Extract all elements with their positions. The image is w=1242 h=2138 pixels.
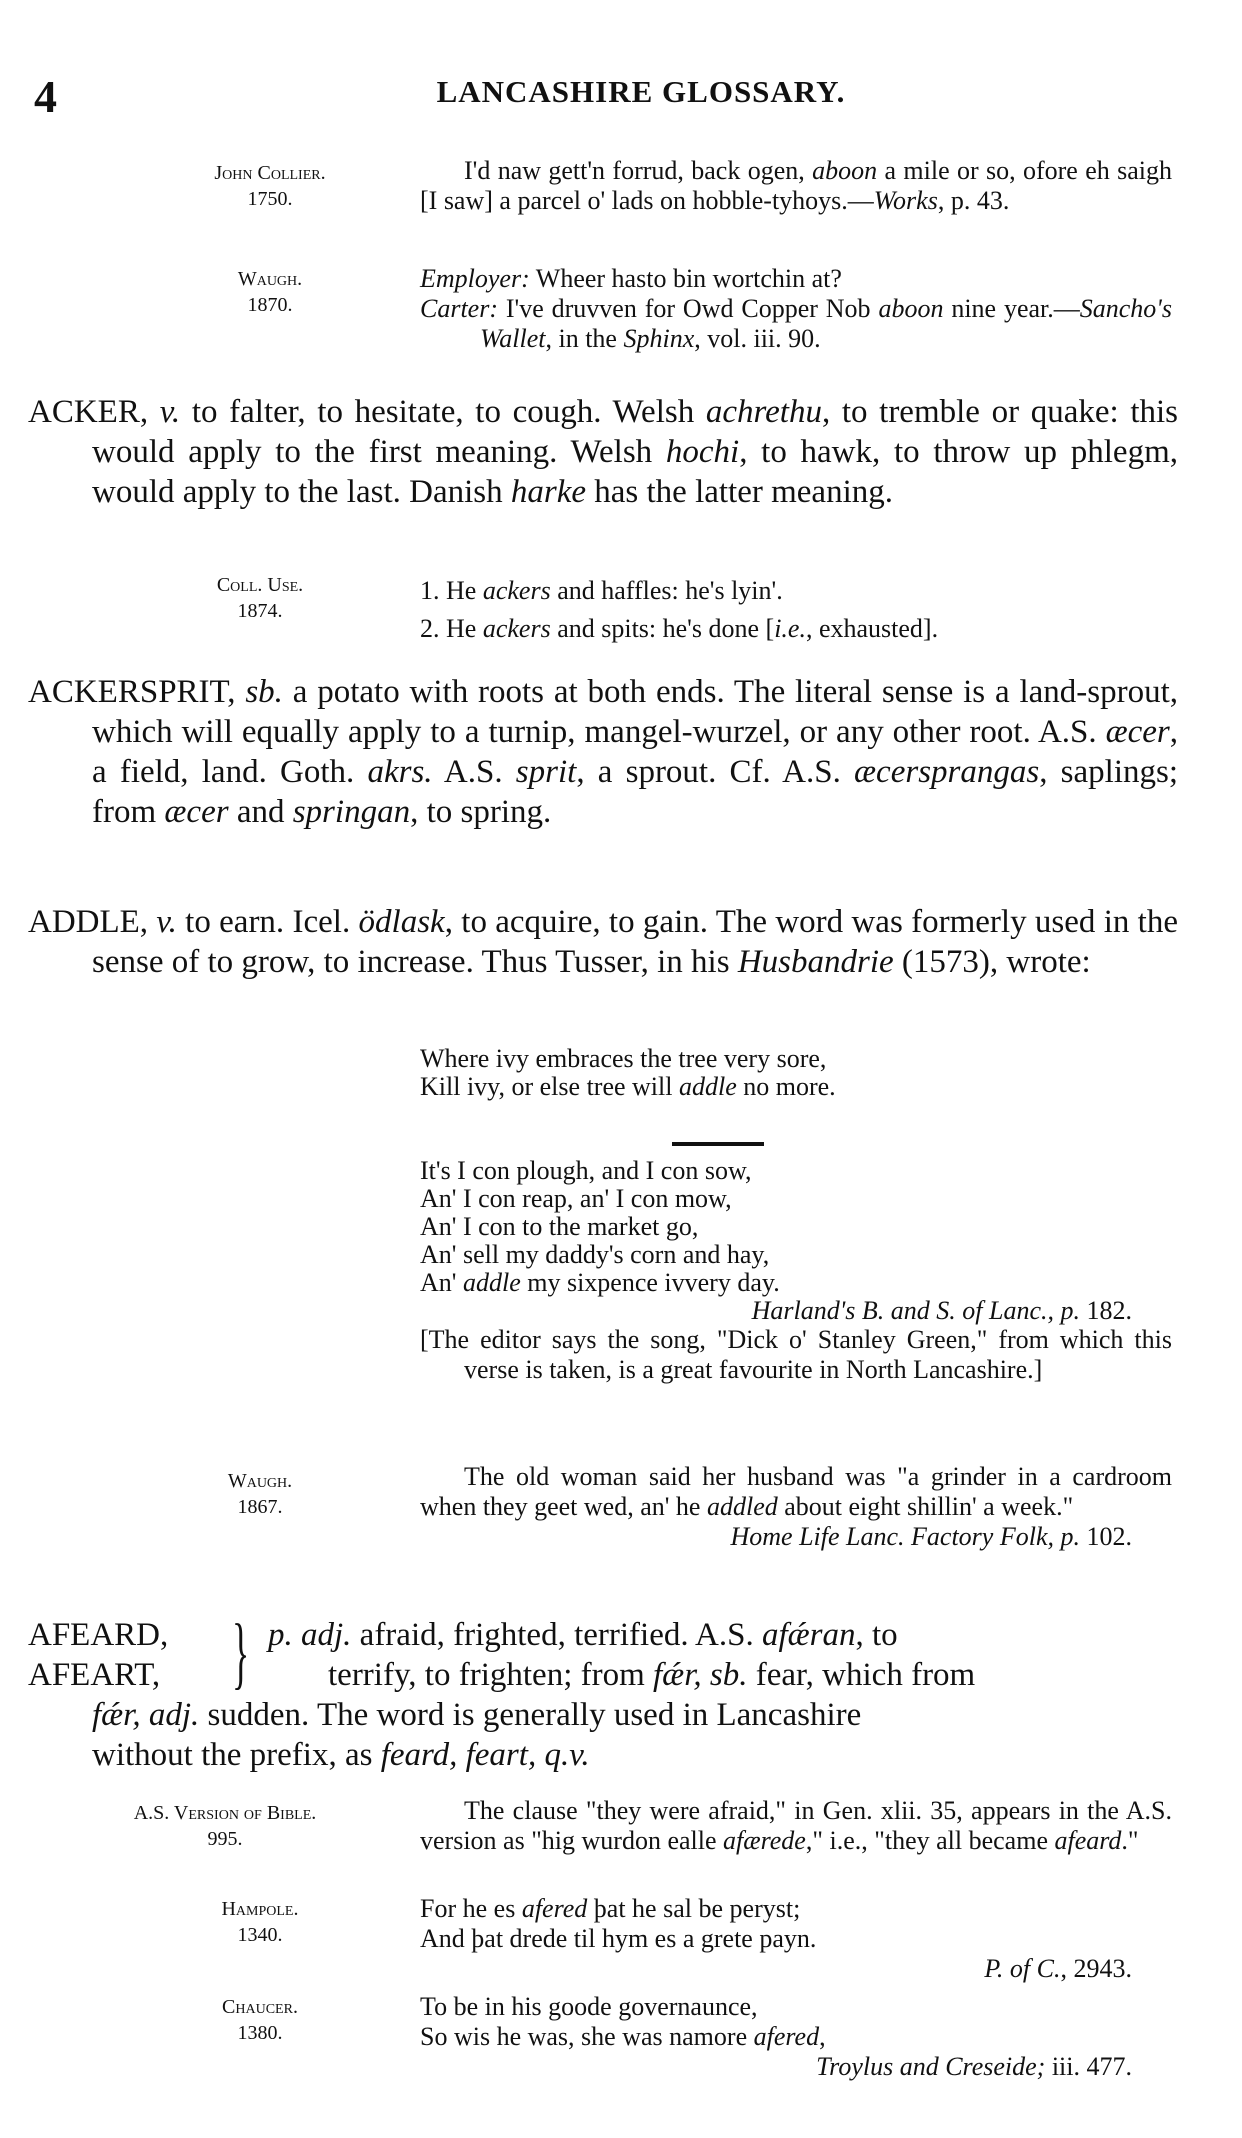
citation-quote: Employer: Wheer hasto bin wortchin at? C… <box>420 264 1172 354</box>
source-name: Waugh. <box>105 266 435 292</box>
citation-source: John Collier. 1750. <box>105 160 435 212</box>
source-year: 1340. <box>95 1922 425 1948</box>
source-name: A.S. Version of Bible. <box>55 1800 395 1826</box>
entry-acker: ACKER, v. to falter, to hesitate, to cou… <box>28 392 1178 512</box>
citation-quote: I'd naw gett'n forrud, back ogen, aboon … <box>420 156 1172 216</box>
verse-line: An' I con to the market go, <box>420 1213 1172 1241</box>
citation-quote: The clause "they were afraid," in Gen. x… <box>420 1796 1172 1856</box>
citation-quote: 1. He ackers and haffles: he's lyin'. 2.… <box>420 572 1172 648</box>
source-name: John Collier. <box>105 160 435 186</box>
source-name: Hampole. <box>95 1896 425 1922</box>
citation-source: Waugh. 1870. <box>105 266 435 318</box>
citation-source: Waugh. 1867. <box>95 1468 425 1520</box>
verse-line: To be in his goode governaunce, <box>420 1992 1172 2022</box>
citation-source: Chaucer. 1380. <box>95 1994 425 2046</box>
editor-note: [The editor says the song, "Dick o' Stan… <box>420 1325 1172 1385</box>
entry-ackersprit: ACKERSPRIT, sb. a potato with roots at b… <box>28 672 1178 832</box>
entry-addle: ADDLE, v. to earn. Icel. ödlask, to acqu… <box>28 902 1178 982</box>
citation-source: Hampole. 1340. <box>95 1896 425 1948</box>
running-title: LANCASHIRE GLOSSARY. <box>0 74 1242 110</box>
verse-line: And þat drede til hym es a grete payn. <box>420 1924 1172 1954</box>
verse-line: It's I con plough, and I con sow, <box>420 1157 1172 1185</box>
verse-dick-o-stanley: It's I con plough, and I con sow, An' I … <box>420 1157 1172 1325</box>
source-year: 1870. <box>105 292 435 318</box>
source-year: 1380. <box>95 2020 425 2046</box>
source-year: 1867. <box>95 1494 425 1520</box>
citation-quote: To be in his goode governaunce, So wis h… <box>420 1992 1172 2082</box>
verse-line: An' sell my daddy's corn and hay, <box>420 1241 1172 1269</box>
verse-line: An' I con reap, an' I con mow, <box>420 1185 1172 1213</box>
entry-afeard: p. adj. afraid, frighted, terrified. A.S… <box>28 1615 1178 1775</box>
citation-source: A.S. Version of Bible. 995. <box>55 1800 395 1852</box>
verse-line: Where ivy embraces the tree very sore, <box>420 1045 1172 1073</box>
citation-source: Coll. Use. 1874. <box>95 572 425 624</box>
source-year: 1874. <box>95 598 425 624</box>
verse-tusser: Where ivy embraces the tree very sore, K… <box>420 1045 1172 1101</box>
source-name: Chaucer. <box>95 1994 425 2020</box>
source-name: Coll. Use. <box>95 572 425 598</box>
source-year: 1750. <box>105 186 435 212</box>
source-year: 995. <box>55 1826 395 1852</box>
citation-quote: For he es afered þat he sal be peryst; A… <box>420 1894 1172 1984</box>
source-name: Waugh. <box>95 1468 425 1494</box>
section-rule <box>672 1142 764 1146</box>
citation-quote: The old woman said her husband was "a gr… <box>420 1462 1172 1552</box>
